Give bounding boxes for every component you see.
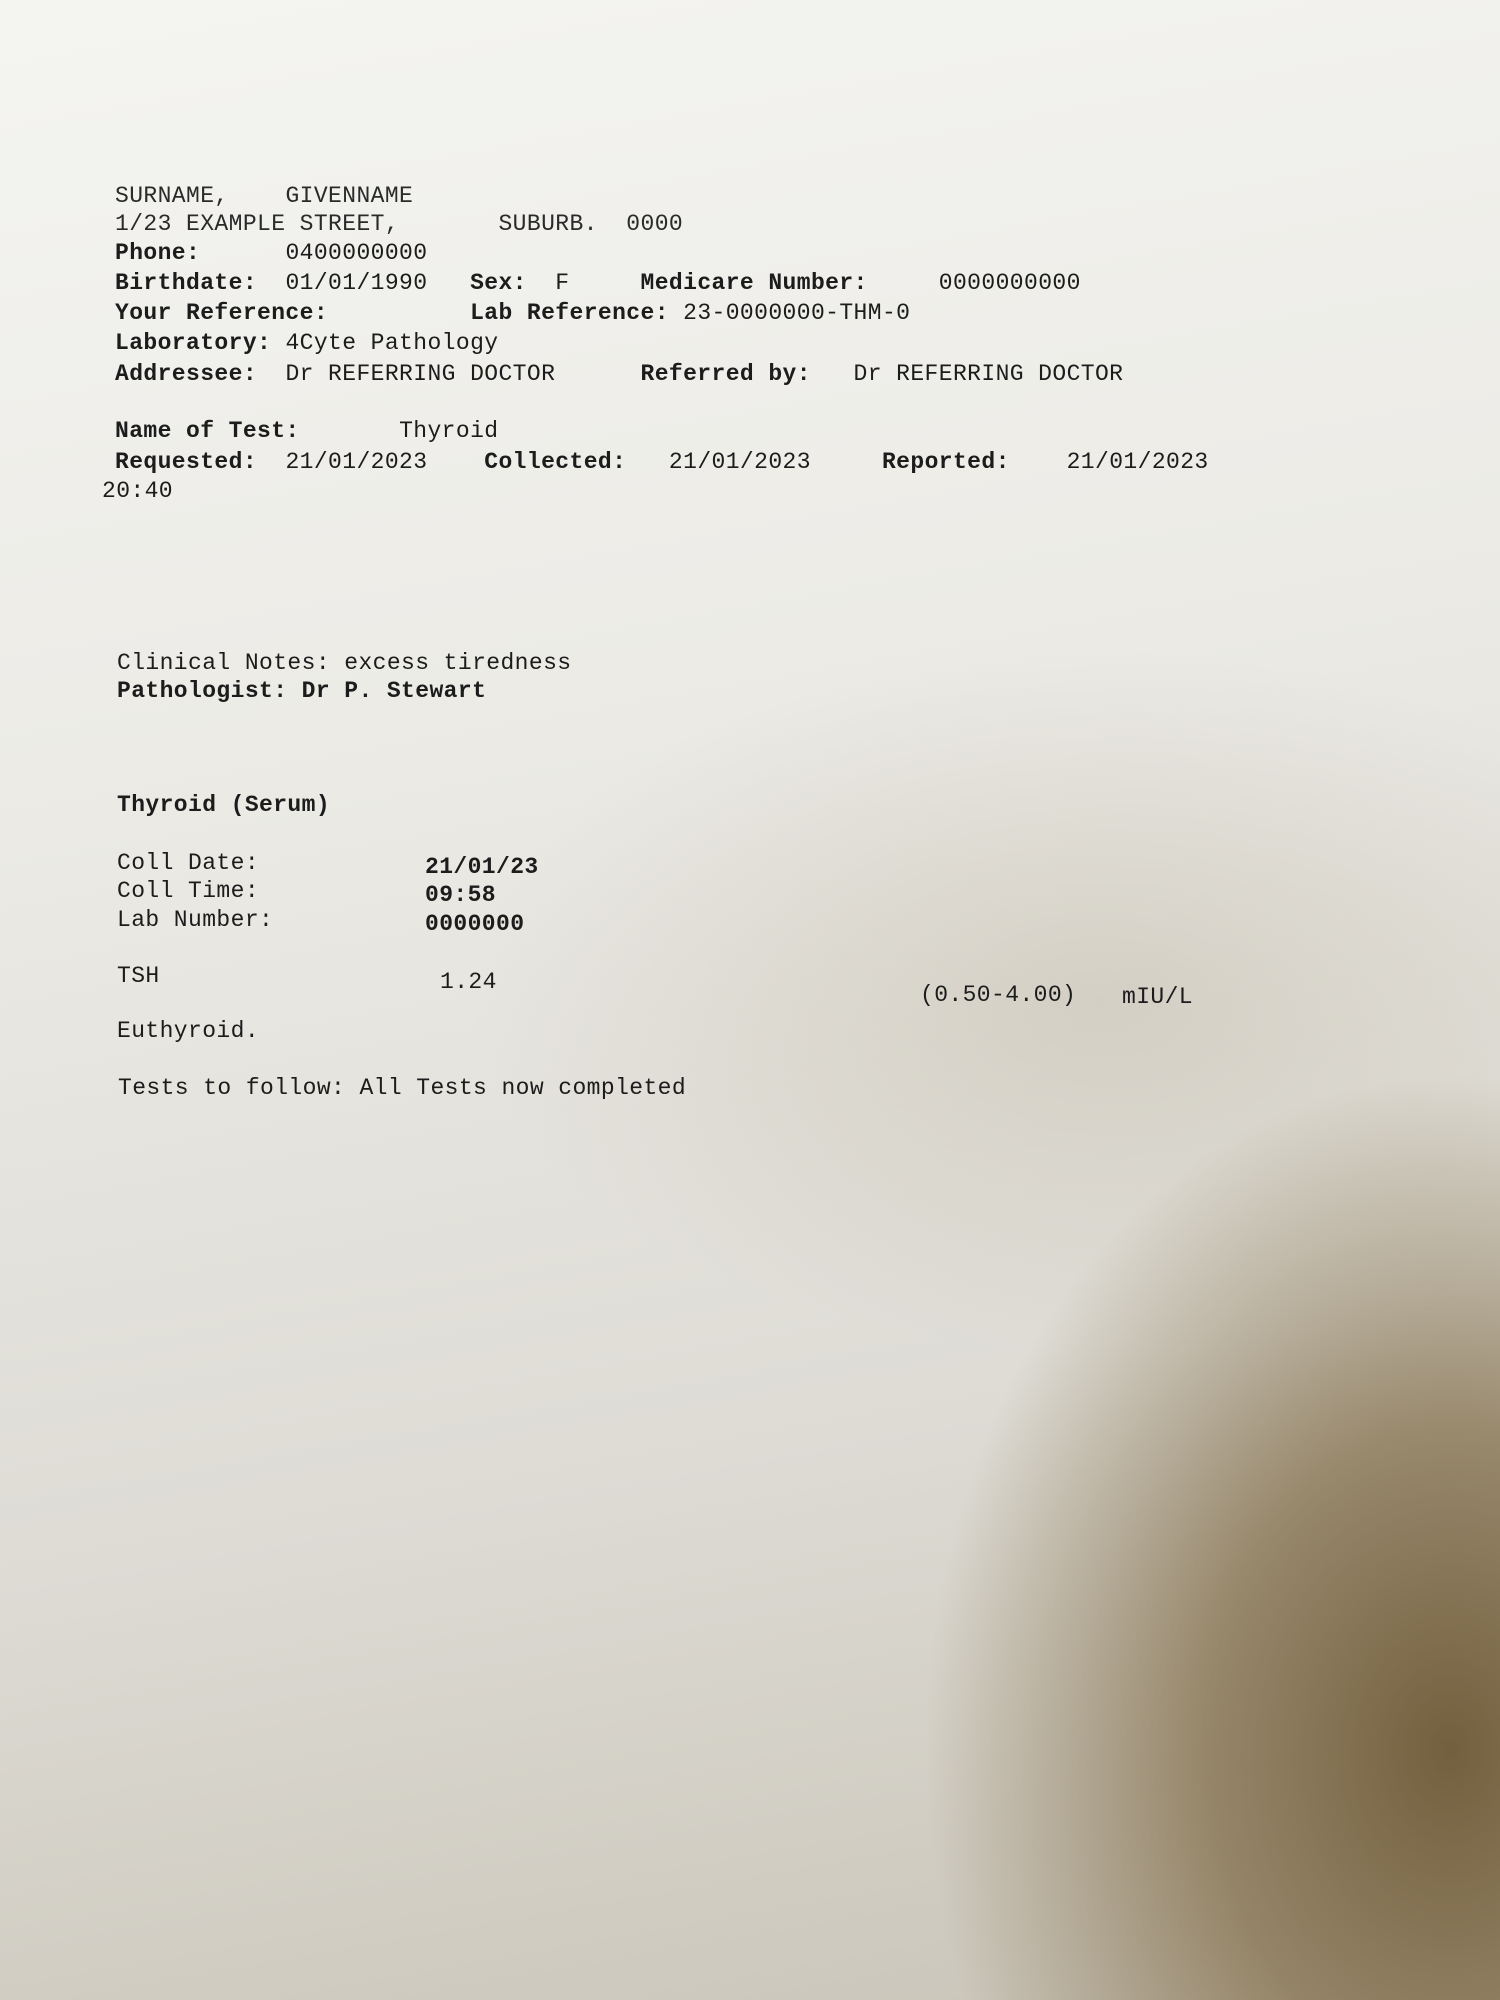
coll-time-value: 09:58 xyxy=(425,882,496,908)
reference-row: Your Reference: Lab Reference: 23-000000… xyxy=(115,300,910,326)
pathologist-label: Pathologist: xyxy=(117,678,287,704)
referred-by-label: Referred by: xyxy=(641,361,811,387)
coll-date-label: Coll Date: xyxy=(117,850,259,876)
phone-label: Phone: xyxy=(115,240,200,266)
phone-value: 0400000000 xyxy=(285,240,427,266)
reference-range: (0.50-4.00) xyxy=(920,982,1076,1008)
medicare-value: 0000000000 xyxy=(939,270,1081,296)
requested-value: 21/01/2023 xyxy=(285,449,427,475)
birthdate-value: 01/01/1990 xyxy=(285,270,427,296)
sex-value: F xyxy=(555,270,569,296)
addressee-label: Addressee: xyxy=(115,361,257,387)
pathology-report: SURNAME, GIVENNAME 1/23 EXAMPLE STREET, … xyxy=(0,0,1500,2000)
patient-surname: SURNAME, xyxy=(115,183,229,209)
clinical-notes-value: excess tiredness xyxy=(344,650,571,676)
lab-number-value: 0000000 xyxy=(425,911,524,937)
reported-time: 20:40 xyxy=(102,478,173,504)
patient-given-name: GIVENNAME xyxy=(285,183,413,209)
laboratory-row: Laboratory: 4Cyte Pathology xyxy=(115,330,498,356)
collected-label: Collected: xyxy=(484,449,626,475)
reported-value: 21/01/2023 xyxy=(1067,449,1209,475)
patient-suburb: SUBURB. xyxy=(498,211,597,237)
test-name-row: Name of Test: Thyroid xyxy=(115,418,498,444)
pathologist-row: Pathologist: Dr P. Stewart xyxy=(117,678,486,704)
referred-by-value: Dr REFERRING DOCTOR xyxy=(854,361,1124,387)
analyte-value: 1.24 xyxy=(440,969,497,995)
clinical-notes-row: Clinical Notes: excess tiredness xyxy=(117,650,572,676)
collected-value: 21/01/2023 xyxy=(669,449,811,475)
clinical-notes-label: Clinical Notes: xyxy=(117,650,330,676)
phone-row: Phone: 0400000000 xyxy=(115,240,427,266)
analyte-name: TSH xyxy=(117,963,160,989)
birthdate-row: Birthdate: 01/01/1990 Sex: F Medicare Nu… xyxy=(115,270,1081,296)
patient-address-line: 1/23 EXAMPLE STREET, SUBURB. 0000 xyxy=(115,211,683,237)
patient-name-line: SURNAME, GIVENNAME xyxy=(115,183,413,209)
your-reference-label: Your Reference: xyxy=(115,300,328,326)
test-name-value: Thyroid xyxy=(399,418,498,444)
lab-number-label: Lab Number: xyxy=(117,907,273,933)
follow-up-note: Tests to follow: All Tests now completed xyxy=(118,1075,686,1101)
coll-time-label: Coll Time: xyxy=(117,878,259,904)
test-name-label: Name of Test: xyxy=(115,418,300,444)
pathologist-value: Dr P. Stewart xyxy=(302,678,487,704)
laboratory-label: Laboratory: xyxy=(115,330,271,356)
result-section-title: Thyroid (Serum) xyxy=(117,792,330,818)
addressee-row: Addressee: Dr REFERRING DOCTOR Referred … xyxy=(115,361,1123,387)
sex-label: Sex: xyxy=(470,270,527,296)
reported-label: Reported: xyxy=(882,449,1010,475)
laboratory-value: 4Cyte Pathology xyxy=(285,330,498,356)
patient-postcode: 0000 xyxy=(626,211,683,237)
medicare-label: Medicare Number: xyxy=(641,270,868,296)
birthdate-label: Birthdate: xyxy=(115,270,257,296)
lab-reference-value: 23-0000000-THM-0 xyxy=(683,300,910,326)
requested-label: Requested: xyxy=(115,449,257,475)
result-unit: mIU/L xyxy=(1122,984,1193,1010)
interpretation: Euthyroid. xyxy=(117,1018,259,1044)
dates-row: Requested: 21/01/2023 Collected: 21/01/2… xyxy=(115,449,1209,475)
lab-reference-label: Lab Reference: xyxy=(470,300,669,326)
addressee-value: Dr REFERRING DOCTOR xyxy=(285,361,555,387)
coll-date-value: 21/01/23 xyxy=(425,854,539,880)
patient-address: 1/23 EXAMPLE STREET, xyxy=(115,211,399,237)
